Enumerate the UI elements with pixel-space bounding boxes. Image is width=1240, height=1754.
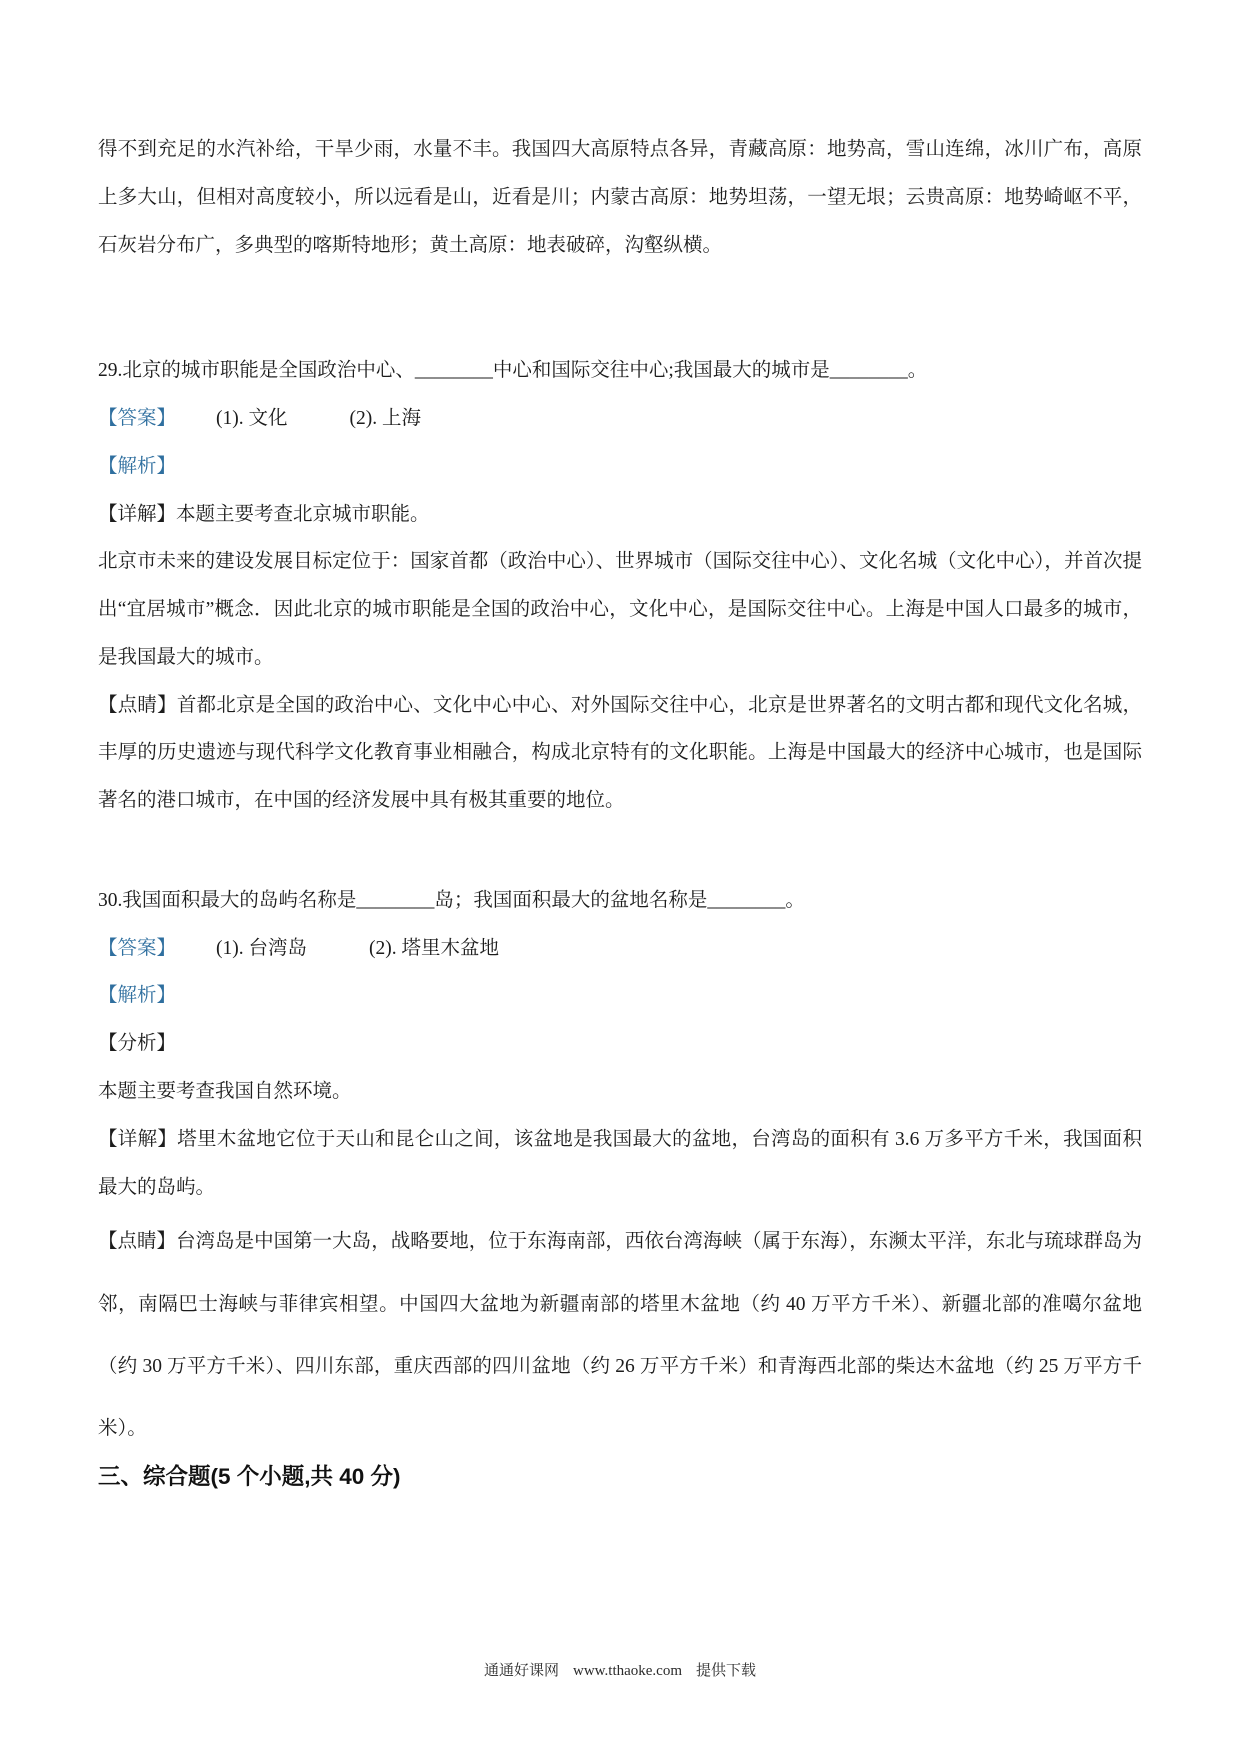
q30-tip-paragraph: 【点睛】台湾岛是中国第一大岛，战略要地，位于东海南部，西依台湾海峡（属于东海），… [98,1211,1142,1461]
q29-analysis-label-line: 【解析】 [98,443,1142,491]
q30-fenxi-label-line: 【分析】 [98,1020,1142,1068]
q30-answer-line: 【答案】(1). 台湾岛(2). 塔里木盆地 [98,925,1142,973]
q30-tip-body: 台湾岛是中国第一大岛，战略要地，位于东海南部，西依台湾海峡（属于东海），东濒太平… [98,1231,1142,1439]
q30-answer-label: 【答案】 [98,938,176,959]
q29-tip-label: 【点睛】 [98,695,177,716]
q29-detail-intro-line: 【详解】本题主要考查北京城市职能。 [98,491,1142,539]
page-footer: 通通好课网www.tthaoke.com提供下载 [0,1661,1240,1682]
section-heading: 三、综合题(5 个小题,共 40 分) [98,1461,1142,1493]
q29-answer-line: 【答案】(1). 文化(2). 上海 [98,395,1142,443]
q30-analysis-label: 【解析】 [98,985,176,1006]
q30-detail-body: 塔里木盆地它位于天山和昆仑山之间，该盆地是我国最大的盆地，台湾岛的面积有 3.6… [98,1129,1142,1198]
q30-detail-label: 【详解】 [98,1129,177,1150]
footer-site-name: 通通好课网 [484,1663,559,1679]
footer-suffix: 提供下载 [696,1663,756,1679]
q29-tip-body: 首都北京是全国的政治中心、文化中心中心、对外国际交往中心，北京是世界著名的文明古… [98,695,1142,812]
question-30: 30.我国面积最大的岛屿名称是________岛；我国面积最大的盆地名称是___… [98,877,1142,925]
intro-paragraph: 得不到充足的水汽补给，干旱少雨，水量不丰。我国四大高原特点各异，青藏高原：地势高… [98,126,1142,269]
q29-answer-part-2: (2). 上海 [350,408,422,429]
footer-url: www.tthaoke.com [573,1663,682,1679]
document-page: 得不到充足的水汽补给，干旱少雨，水量不丰。我国四大高原特点各异，青藏高原：地势高… [0,0,1240,1754]
q29-answer-label: 【答案】 [98,408,176,429]
q29-analysis-label: 【解析】 [98,456,176,477]
q30-answer-part-2: (2). 塔里木盆地 [369,938,499,959]
q30-fenxi-text: 本题主要考查我国自然环境。 [98,1068,1142,1116]
q30-answer-part-1: (1). 台湾岛 [216,938,307,959]
q29-detail-intro: 本题主要考查北京城市职能。 [176,504,430,525]
q29-detail-body: 北京市未来的建设发展目标定位于：国家首都（政治中心）、世界城市（国际交往中心）、… [98,538,1142,681]
q29-answer-part-1: (1). 文化 [216,408,288,429]
q30-analysis-label-line: 【解析】 [98,972,1142,1020]
q30-detail-paragraph: 【详解】塔里木盆地它位于天山和昆仑山之间，该盆地是我国最大的盆地，台湾岛的面积有… [98,1116,1142,1212]
q29-detail-label: 【详解】 [98,504,176,525]
question-29: 29.北京的城市职能是全国政治中心、________中心和国际交往中心;我国最大… [98,347,1142,395]
q29-tip-paragraph: 【点睛】首都北京是全国的政治中心、文化中心中心、对外国际交往中心，北京是世界著名… [98,682,1142,825]
q30-fenxi-label: 【分析】 [98,1033,176,1054]
q30-tip-label: 【点睛】 [98,1231,176,1252]
